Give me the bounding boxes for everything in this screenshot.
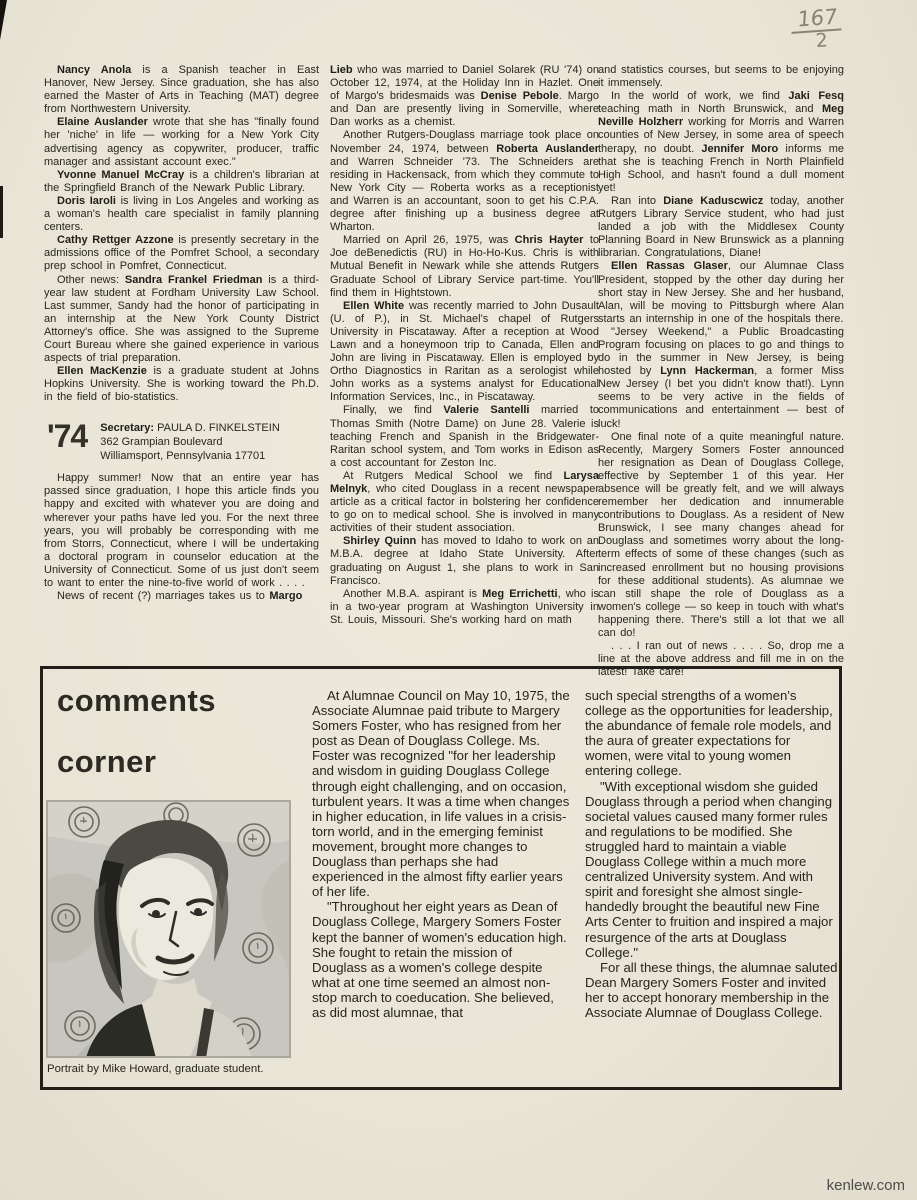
paragraph: such special strengths of a women's coll… xyxy=(585,688,839,779)
paragraph: One final note of a quite meaningful nat… xyxy=(598,431,844,641)
paragraph: For all these things, the alumnae salute… xyxy=(585,960,839,1020)
paragraph: Lieb who was married to Daniel Solarek (… xyxy=(330,64,599,129)
class-secretary-block: Secretary: PAULA D. FINKELSTEIN 362 Gram… xyxy=(100,421,280,463)
scan-artifact-corner xyxy=(0,0,7,40)
paragraph: Finally, we find Valerie Santelli marrie… xyxy=(330,404,599,469)
paragraph: Elaine Auslander wrote that she has "fin… xyxy=(44,116,319,168)
watermark: kenlew.com xyxy=(827,1177,905,1194)
paragraph: Doris Iaroli is living in Los Angeles an… xyxy=(44,195,319,234)
tribute-column-1: At Alumnae Council on May 10, 1975, the … xyxy=(312,688,570,1020)
portrait-caption: Portrait by Mike Howard, graduate studen… xyxy=(47,1063,264,1075)
news-column-2-text: Lieb who was married to Daniel Solarek (… xyxy=(330,64,599,627)
news-column-2: Lieb who was married to Daniel Solarek (… xyxy=(330,64,599,627)
tribute-column-1-text: At Alumnae Council on May 10, 1975, the … xyxy=(312,688,570,1020)
news-column-3: and statistics courses, but seems to be … xyxy=(598,64,844,679)
secretary-label: Secretary: xyxy=(100,422,154,434)
handwritten-page-number: 167 2 xyxy=(791,5,844,53)
paragraph: and statistics courses, but seems to be … xyxy=(598,64,844,90)
paragraph: Ellen Rassas Glaser, our Alumnae Class P… xyxy=(598,260,844,325)
comments-corner-title: comments corner xyxy=(57,685,216,777)
paragraph: Ellen White was recently married to John… xyxy=(330,300,599,405)
paragraph: Married on April 26, 1975, was Chris Hay… xyxy=(330,234,599,299)
paragraph: "Jersey Weekend," a Public Broadcasting … xyxy=(598,326,844,431)
paragraph: Ellen MacKenzie is a graduate student at… xyxy=(44,365,319,404)
tribute-column-2: such special strengths of a women's coll… xyxy=(585,688,839,1020)
paragraph: Nancy Anola is a Spanish teacher in East… xyxy=(44,64,319,116)
paragraph: At Alumnae Council on May 10, 1975, the … xyxy=(312,688,570,899)
class-74-header: '74 Secretary: PAULA D. FINKELSTEIN 362 … xyxy=(47,421,319,463)
news-column-1: Nancy Anola is a Spanish teacher in East… xyxy=(44,64,319,603)
page-number-denominator: 2 xyxy=(796,30,847,53)
secretary-name: PAULA D. FINKELSTEIN xyxy=(157,422,280,434)
paragraph: Other news: Sandra Frankel Friedman is a… xyxy=(44,274,319,366)
tribute-column-2-text: such special strengths of a women's coll… xyxy=(585,688,839,1020)
paragraph: Happy summer! Now that an entire year ha… xyxy=(44,472,319,590)
paragraph: Ran into Diane Kaduscwicz today, another… xyxy=(598,195,844,260)
paragraph: Another M.B.A. aspirant is Meg Errichett… xyxy=(330,588,599,627)
paragraph: "Throughout her eight years as Dean of D… xyxy=(312,899,570,1020)
paragraph: At Rutgers Medical School we find Larysa… xyxy=(330,470,599,535)
title-line-1: comments xyxy=(57,685,216,716)
paragraph: "With exceptional wisdom she guided Doug… xyxy=(585,779,839,960)
class-74-notes: Happy summer! Now that an entire year ha… xyxy=(44,472,319,603)
scan-artifact-edge xyxy=(0,186,3,238)
paragraph: In the world of work, we find Jaki Fesq … xyxy=(598,90,844,195)
paragraph: Yvonne Manuel McCray is a children's lib… xyxy=(44,169,319,195)
scanned-magazine-page: 167 2 Nancy Anola is a Spanish teacher i… xyxy=(0,0,917,1200)
class-year-label: '74 xyxy=(47,421,87,463)
title-line-2: corner xyxy=(57,746,216,777)
news-column-3-text: and statistics courses, but seems to be … xyxy=(598,64,844,679)
portrait-painting xyxy=(46,800,291,1058)
paragraph: Cathy Rettger Azzone is presently secret… xyxy=(44,234,319,273)
secretary-address-1: 362 Grampian Boulevard xyxy=(100,436,280,450)
class-notes-continued: Nancy Anola is a Spanish teacher in East… xyxy=(44,64,319,404)
portrait-illustration xyxy=(46,800,291,1058)
comments-corner-box: comments corner xyxy=(40,666,842,1090)
paragraph: Another Rutgers-Douglass marriage took p… xyxy=(330,129,599,234)
paragraph: News of recent (?) marriages takes us to… xyxy=(44,590,319,603)
secretary-address-2: Williamsport, Pennsylvania 17701 xyxy=(100,450,280,464)
secretary-line: Secretary: PAULA D. FINKELSTEIN xyxy=(100,422,280,436)
paragraph: Shirley Quinn has moved to Idaho to work… xyxy=(330,535,599,587)
